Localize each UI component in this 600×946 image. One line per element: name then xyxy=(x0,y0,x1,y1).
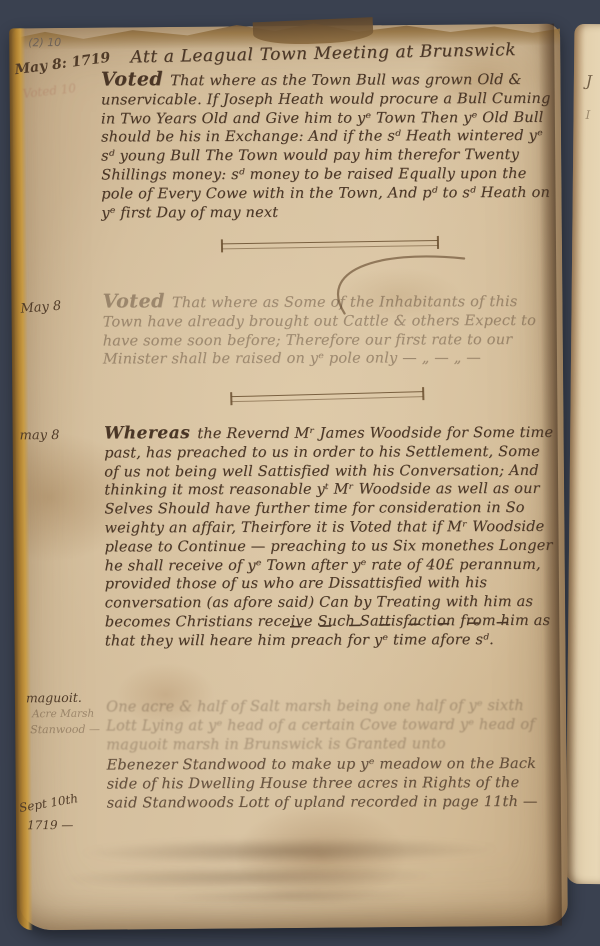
margin-place-maquoit: maguoit. xyxy=(26,690,82,705)
entry-4-clear: Ebenezer Standwood to make up yᵉ meadow … xyxy=(107,755,555,813)
entry-1: VotedThat where as the Town Bull was gro… xyxy=(101,69,554,223)
entry-2: VotedThat where as Some of the Inhabitan… xyxy=(103,291,555,370)
folio-number: (2) 10 xyxy=(28,36,61,49)
entry-2-text: That where as Some of the Inhabitants of… xyxy=(103,294,536,368)
adjacent-page-text: I xyxy=(585,108,590,122)
margin-date-entry2: May 8 xyxy=(20,299,62,317)
margin-name-stanwood: Stanwood — xyxy=(30,723,100,737)
ink-bleedthrough xyxy=(170,887,410,905)
margin-date-entry3: may 8 xyxy=(20,428,60,443)
ink-bleedthrough xyxy=(79,836,499,866)
adjacent-page-text: J xyxy=(586,72,592,90)
entry-2-lead: Voted xyxy=(103,290,165,312)
section-divider xyxy=(231,391,423,402)
margin-note-faded: Voted 10 xyxy=(22,81,77,101)
entry-1-lead: Voted xyxy=(101,68,163,90)
entry-3-lead: Whereas xyxy=(104,423,190,443)
margin-year-entry4: 1719 — xyxy=(27,818,73,832)
entry-1-text: That where as the Town Bull was grown Ol… xyxy=(101,72,551,221)
margin-marsh-note: Acre Marsh xyxy=(32,708,94,721)
manuscript-scan: J I (2) 10 May 8: 1719 Voted 10 Att a Le… xyxy=(0,0,600,946)
entry-4-faded: One acre & half of Salt marsh being one … xyxy=(106,697,554,755)
ink-bleedthrough xyxy=(59,865,439,890)
manuscript-page: (2) 10 May 8: 1719 Voted 10 Att a Leagua… xyxy=(12,24,568,931)
section-divider xyxy=(222,240,438,249)
adjacent-page-edge: J I xyxy=(565,24,600,884)
margin-date-entry1: May 8: 1719 xyxy=(14,50,112,78)
binding-edge xyxy=(9,28,33,930)
